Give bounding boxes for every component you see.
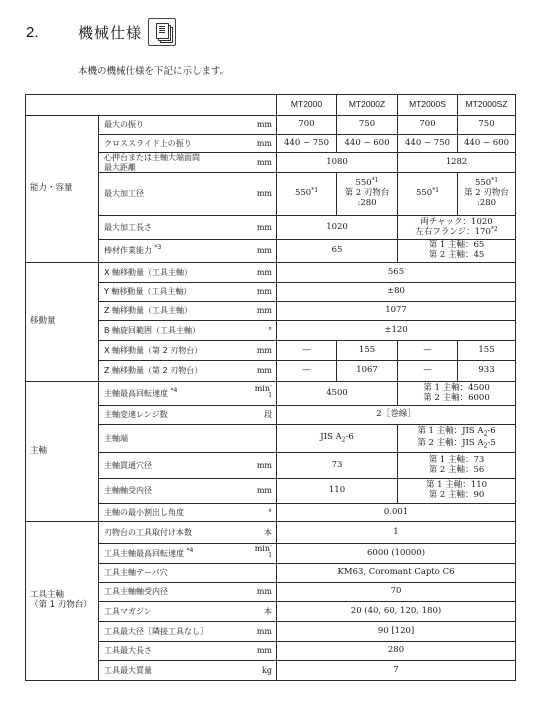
item-label: B 軸旋回範囲（工具主軸） <box>99 321 249 341</box>
value-cell: 20 (40, 60, 120, 180) <box>277 602 516 622</box>
model-header: MT2000 <box>277 95 337 116</box>
value-cell: 6000 (10000) <box>277 544 516 564</box>
value-cell: 1067 <box>337 361 398 382</box>
unit-label: mm <box>249 283 277 302</box>
item-label: 主軸最高回転速度 *4 <box>99 382 249 406</box>
item-label: 棒材作業能力 *3 <box>99 240 249 263</box>
unit-label: mm <box>249 216 277 240</box>
table-row: 能力・容量 最大の振り mm 700 750 700 750 <box>26 116 516 135</box>
item-label: 工具主軸最高回転速度 *4 <box>99 544 249 564</box>
table-row: 最大加工径 mm 550*1 550*1 第 2 刃物台 :280 550*1 … <box>26 173 516 216</box>
unit-label <box>249 564 277 583</box>
value-cell: 550*1 第 2 刃物台 :280 <box>337 173 398 216</box>
spec-table: MT2000 MT2000Z MT2000S MT2000SZ 能力・容量 最大… <box>25 94 516 681</box>
value-cell: 1080 <box>277 153 398 173</box>
unit-label: 段 <box>249 406 277 425</box>
table-row: 主軸変速レンジ数 段 2［巻線］ <box>26 406 516 425</box>
value-cell: 1282 <box>398 153 516 173</box>
value-cell: 155 <box>458 341 516 361</box>
item-label: 刃物台の工具取付け本数 <box>99 522 249 544</box>
table-row: クロススライド上の振り mm 440 ~ 750 440 ~ 600 440 ~… <box>26 135 516 153</box>
value-cell: — <box>277 341 337 361</box>
model-header: MT2000SZ <box>458 95 516 116</box>
value-cell: 第 1 主軸：4500 第 2 主軸：6000 <box>398 382 516 406</box>
value-cell: 第 1 主軸：73 第 2 主軸：56 <box>398 453 516 479</box>
unit-label <box>249 425 277 453</box>
item-label: 工具主軸テーパ穴 <box>99 564 249 583</box>
value-cell: 65 <box>277 240 398 263</box>
item-label: 工具最大質量 <box>99 661 249 681</box>
unit-label: mm <box>249 263 277 283</box>
value-cell: 280 <box>277 642 516 661</box>
section-heading: 2. 機械仕様 <box>26 17 176 47</box>
unit-label: mm <box>249 302 277 321</box>
value-cell: ±120 <box>277 321 516 341</box>
unit-label: mm <box>249 116 277 135</box>
unit-label: mm <box>249 240 277 263</box>
value-cell: 第 1 主軸：65 第 2 主軸：45 <box>398 240 516 263</box>
item-label: 工具主軸軸受内径 <box>99 583 249 602</box>
item-label: 最大加工径 <box>99 173 249 216</box>
table-row: 棒材作業能力 *3 mm 65 第 1 主軸：65 第 2 主軸：45 <box>26 240 516 263</box>
item-label: X 軸移動量（第 2 刃物台） <box>99 341 249 361</box>
unit-label: 本 <box>249 602 277 622</box>
category-capacity: 能力・容量 <box>26 116 99 263</box>
table-row: 工具マガジン 本 20 (40, 60, 120, 180) <box>26 602 516 622</box>
unit-label: 本 <box>249 522 277 544</box>
category-spindle: 主軸 <box>26 382 99 522</box>
table-row: Z 軸移動量（工具主軸） mm 1077 <box>26 302 516 321</box>
table-row: 主軸軸受内径 mm 110 第 1 主軸：110 第 2 主軸：90 <box>26 479 516 504</box>
value-cell: 700 <box>398 116 458 135</box>
value-cell: KM63, Coromant Capto C6 <box>277 564 516 583</box>
value-cell: 440 ~ 750 <box>277 135 337 153</box>
value-cell: 2［巻線］ <box>277 406 516 425</box>
table-row: 工具主軸最高回転速度 *4 min-1 6000 (10000) <box>26 544 516 564</box>
unit-label: mm <box>249 583 277 602</box>
value-cell: — <box>398 341 458 361</box>
value-cell: 550*1 第 2 刃物台 :280 <box>458 173 516 216</box>
section-number: 2. <box>26 24 78 41</box>
value-cell: 565 <box>277 263 516 283</box>
table-row: 工具最大長さ mm 280 <box>26 642 516 661</box>
table-row: 工具主軸軸受内径 mm 70 <box>26 583 516 602</box>
table-row: 主軸端 JIS A2-6 第 1 主軸：JIS A2-6 第 2 主軸：JIS … <box>26 425 516 453</box>
value-cell: 4500 <box>277 382 398 406</box>
item-label: クロススライド上の振り <box>99 135 249 153</box>
unit-label: mm <box>249 361 277 382</box>
value-cell: 155 <box>337 341 398 361</box>
table-row: Y 軸移動量（工具主軸） mm ±80 <box>26 283 516 302</box>
table-row: B 軸旋回範囲（工具主軸） ° ±120 <box>26 321 516 341</box>
table-row: 心押台または主軸大端面間 最大距離 mm 1080 1282 <box>26 153 516 173</box>
unit-label: mm <box>249 622 277 642</box>
model-header: MT2000S <box>398 95 458 116</box>
table-row: Z 軸移動量（第 2 刃物台） mm — 1067 — 933 <box>26 361 516 382</box>
value-cell: 1020 <box>277 216 398 240</box>
unit-label: mm <box>249 173 277 216</box>
value-cell: — <box>277 361 337 382</box>
item-label: 最大加工長さ <box>99 216 249 240</box>
item-label: Z 軸移動量（第 2 刃物台） <box>99 361 249 382</box>
unit-label: ° <box>249 321 277 341</box>
value-cell: 1 <box>277 522 516 544</box>
item-label: 最大の振り <box>99 116 249 135</box>
item-label: 工具最大長さ <box>99 642 249 661</box>
value-cell: 第 1 主軸：JIS A2-6 第 2 主軸：JIS A2-5 <box>398 425 516 453</box>
item-label: 工具最大径［隣接工具なし］ <box>99 622 249 642</box>
value-cell: 750 <box>458 116 516 135</box>
value-cell: 両チャック：1020 左右フランジ：170*2 <box>398 216 516 240</box>
item-label: 主軸の最小割出し角度 <box>99 504 249 522</box>
table-row: 主軸の最小割出し角度 ° 0.001 <box>26 504 516 522</box>
value-cell: 70 <box>277 583 516 602</box>
table-row: 主軸貫通穴径 mm 73 第 1 主軸：73 第 2 主軸：56 <box>26 453 516 479</box>
value-cell: 第 1 主軸：110 第 2 主軸：90 <box>398 479 516 504</box>
table-row: 工具最大径［隣接工具なし］ mm 90 [120] <box>26 622 516 642</box>
item-label: Z 軸移動量（工具主軸） <box>99 302 249 321</box>
value-cell: 90 [120] <box>277 622 516 642</box>
item-label: X 軸移動量（工具主軸） <box>99 263 249 283</box>
value-cell: — <box>398 361 458 382</box>
item-label: 工具マガジン <box>99 602 249 622</box>
header-row: MT2000 MT2000Z MT2000S MT2000SZ <box>26 95 516 116</box>
unit-label: mm <box>249 135 277 153</box>
item-label: 主軸端 <box>99 425 249 453</box>
unit-label: mm <box>249 479 277 504</box>
item-label: 主軸変速レンジ数 <box>99 406 249 425</box>
value-cell: 110 <box>277 479 398 504</box>
category-travel: 移動量 <box>26 263 99 382</box>
value-cell: 440 ~ 600 <box>337 135 398 153</box>
unit-label: mm <box>249 453 277 479</box>
unit-label: kg <box>249 661 277 681</box>
value-cell: 7 <box>277 661 516 681</box>
table-row: 工具最大質量 kg 7 <box>26 661 516 681</box>
table-row: 工具主軸テーパ穴 KM63, Coromant Capto C6 <box>26 564 516 583</box>
unit-label: min-1 <box>249 382 277 406</box>
value-cell: ±80 <box>277 283 516 302</box>
model-header: MT2000Z <box>337 95 398 116</box>
table-row: X 軸移動量（第 2 刃物台） mm — 155 — 155 <box>26 341 516 361</box>
value-cell: 750 <box>337 116 398 135</box>
item-label: 主軸貫通穴径 <box>99 453 249 479</box>
section-title: 機械仕様 <box>78 22 142 43</box>
unit-label: mm <box>249 642 277 661</box>
unit-label: ° <box>249 504 277 522</box>
table-row: 最大加工長さ mm 1020 両チャック：1020 左右フランジ：170*2 <box>26 216 516 240</box>
unit-label: mm <box>249 153 277 173</box>
value-cell: 550*1 <box>398 173 458 216</box>
category-tool-spindle: 工具主軸 （第 1 刃物台） <box>26 522 99 681</box>
value-cell: 73 <box>277 453 398 479</box>
item-label: Y 軸移動量（工具主軸） <box>99 283 249 302</box>
value-cell: 550*1 <box>277 173 337 216</box>
table-row: 移動量 X 軸移動量（工具主軸） mm 565 <box>26 263 516 283</box>
table-row: 工具主軸 （第 1 刃物台） 刃物台の工具取付け本数 本 1 <box>26 522 516 544</box>
item-label: 心押台または主軸大端面間 最大距離 <box>99 153 249 173</box>
value-cell: 933 <box>458 361 516 382</box>
unit-label: min-1 <box>249 544 277 564</box>
item-label: 主軸軸受内径 <box>99 479 249 504</box>
value-cell: 0.001 <box>277 504 516 522</box>
table-row: 主軸 主軸最高回転速度 *4 min-1 4500 第 1 主軸：4500 第 … <box>26 382 516 406</box>
header-blank <box>26 95 277 116</box>
intro-text: 本機の機械仕様を下記に示します。 <box>78 63 229 77</box>
value-cell: JIS A2-6 <box>277 425 398 453</box>
unit-label: mm <box>249 341 277 361</box>
value-cell: 700 <box>277 116 337 135</box>
value-cell: 440 ~ 750 <box>398 135 458 153</box>
document-copy-icon <box>148 18 176 46</box>
value-cell: 440 ~ 600 <box>458 135 516 153</box>
value-cell: 1077 <box>277 302 516 321</box>
